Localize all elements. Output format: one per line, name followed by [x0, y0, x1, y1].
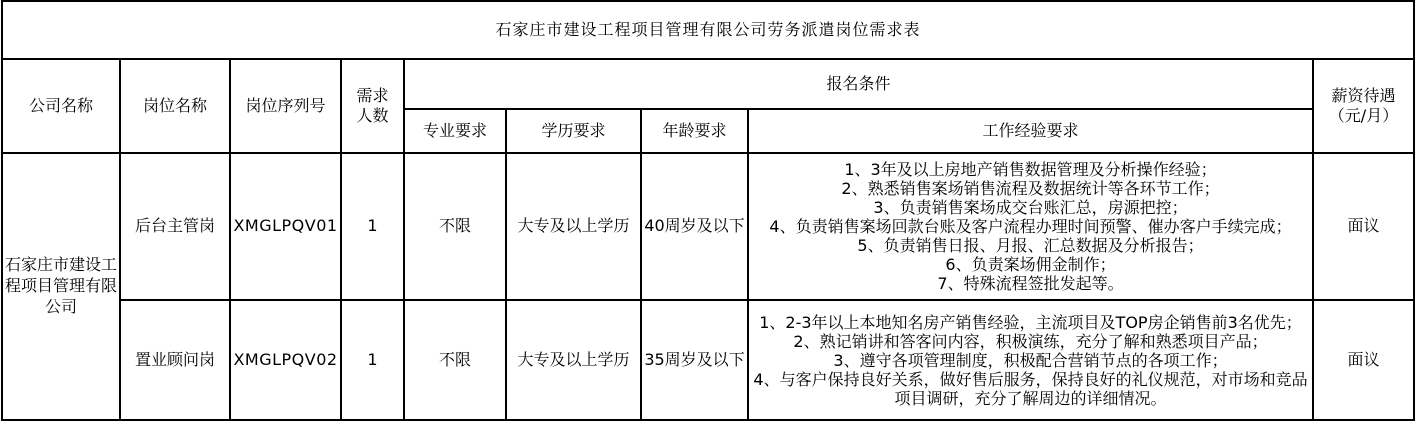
experience-line: 1、2-3年以上本地知名房产销售经验，主流项目及TOP房企销售前3名优先；: [751, 313, 1310, 332]
salary-cell: 面议: [1313, 153, 1414, 300]
position-cell: 后台主管岗: [120, 153, 230, 300]
age-cell: 40周岁及以下: [641, 153, 748, 300]
header-salary-line1: 薪资待遇: [1316, 86, 1411, 106]
age-cell: 35周岁及以下: [641, 300, 748, 420]
header-salary: 薪资待遇 （元/月）: [1313, 59, 1414, 153]
header-age: 年龄要求: [641, 109, 748, 153]
table-row: 置业顾问岗 XMGLPQV02 1 不限 大专及以上学历 35周岁及以下 1、2…: [2, 300, 1414, 420]
header-headcount-line1: 需求: [344, 86, 401, 106]
position-cell: 置业顾问岗: [120, 300, 230, 420]
header-company: 公司名称: [2, 59, 120, 153]
salary-cell: 面议: [1313, 300, 1414, 420]
headcount-cell: 1: [341, 153, 404, 300]
header-headcount: 需求 人数: [341, 59, 404, 153]
experience-line: 5、负责销售日报、月报、汇总数据及分析报告；: [751, 236, 1310, 255]
experience-cell: 1、2-3年以上本地知名房产销售经验，主流项目及TOP房企销售前3名优先；2、熟…: [748, 300, 1313, 420]
headcount-cell: 1: [341, 300, 404, 420]
experience-line: 6、负责案场佣金制作；: [751, 255, 1310, 274]
job-requirement-table: 石家庄市建设工程项目管理有限公司劳务派遣岗位需求表 公司名称 岗位名称 岗位序列…: [1, 0, 1415, 421]
education-cell: 大专及以上学历: [506, 300, 641, 420]
experience-line: 4、与客户保持良好关系，做好售后服务，保持良好的礼仪规范，对市场和竞品项目调研，…: [751, 370, 1310, 408]
experience-line: 2、熟记销讲和答客问内容，积极演练，充分了解和熟悉项目产品；: [751, 332, 1310, 351]
serial-cell: XMGLPQV02: [230, 300, 341, 420]
table-row: 石家庄市建设工程项目管理有限公司 后台主管岗 XMGLPQV01 1 不限 大专…: [2, 153, 1414, 300]
title-row: 石家庄市建设工程项目管理有限公司劳务派遣岗位需求表: [2, 1, 1414, 59]
major-cell: 不限: [404, 153, 506, 300]
header-education: 学历要求: [506, 109, 641, 153]
major-cell: 不限: [404, 300, 506, 420]
experience-line: 1、3年及以上房地产销售数据管理及分析操作经验；: [751, 160, 1310, 179]
header-major: 专业要求: [404, 109, 506, 153]
job-requirement-sheet: 石家庄市建设工程项目管理有限公司劳务派遣岗位需求表 公司名称 岗位名称 岗位序列…: [0, 0, 1416, 443]
company-name-cell: 石家庄市建设工程项目管理有限公司: [2, 153, 120, 420]
experience-line: 7、特殊流程签批发起等。: [751, 274, 1310, 293]
header-serial: 岗位序列号: [230, 59, 341, 153]
experience-line: 2、熟悉销售案场销售流程及数据统计等各环节工作；: [751, 179, 1310, 198]
header-salary-line2: （元/月）: [1316, 106, 1411, 126]
experience-line: 3、遵守各项管理制度，积极配合营销节点的各项工作；: [751, 351, 1310, 370]
header-conditions: 报名条件: [404, 59, 1313, 109]
experience-line: 3、负责销售案场成交台账汇总，房源把控；: [751, 198, 1310, 217]
experience-line: 4、负责销售案场回款台账及客户流程办理时间预警、催办客户手续完成；: [751, 217, 1310, 236]
header-row-1: 公司名称 岗位名称 岗位序列号 需求 人数 报名条件 薪资待遇 （元/月）: [2, 59, 1414, 109]
header-experience: 工作经验要求: [748, 109, 1313, 153]
experience-cell: 1、3年及以上房地产销售数据管理及分析操作经验；2、熟悉销售案场销售流程及数据统…: [748, 153, 1313, 300]
serial-cell: XMGLPQV01: [230, 153, 341, 300]
header-headcount-line2: 人数: [344, 106, 401, 126]
page-title: 石家庄市建设工程项目管理有限公司劳务派遣岗位需求表: [2, 1, 1414, 59]
education-cell: 大专及以上学历: [506, 153, 641, 300]
header-position: 岗位名称: [120, 59, 230, 153]
